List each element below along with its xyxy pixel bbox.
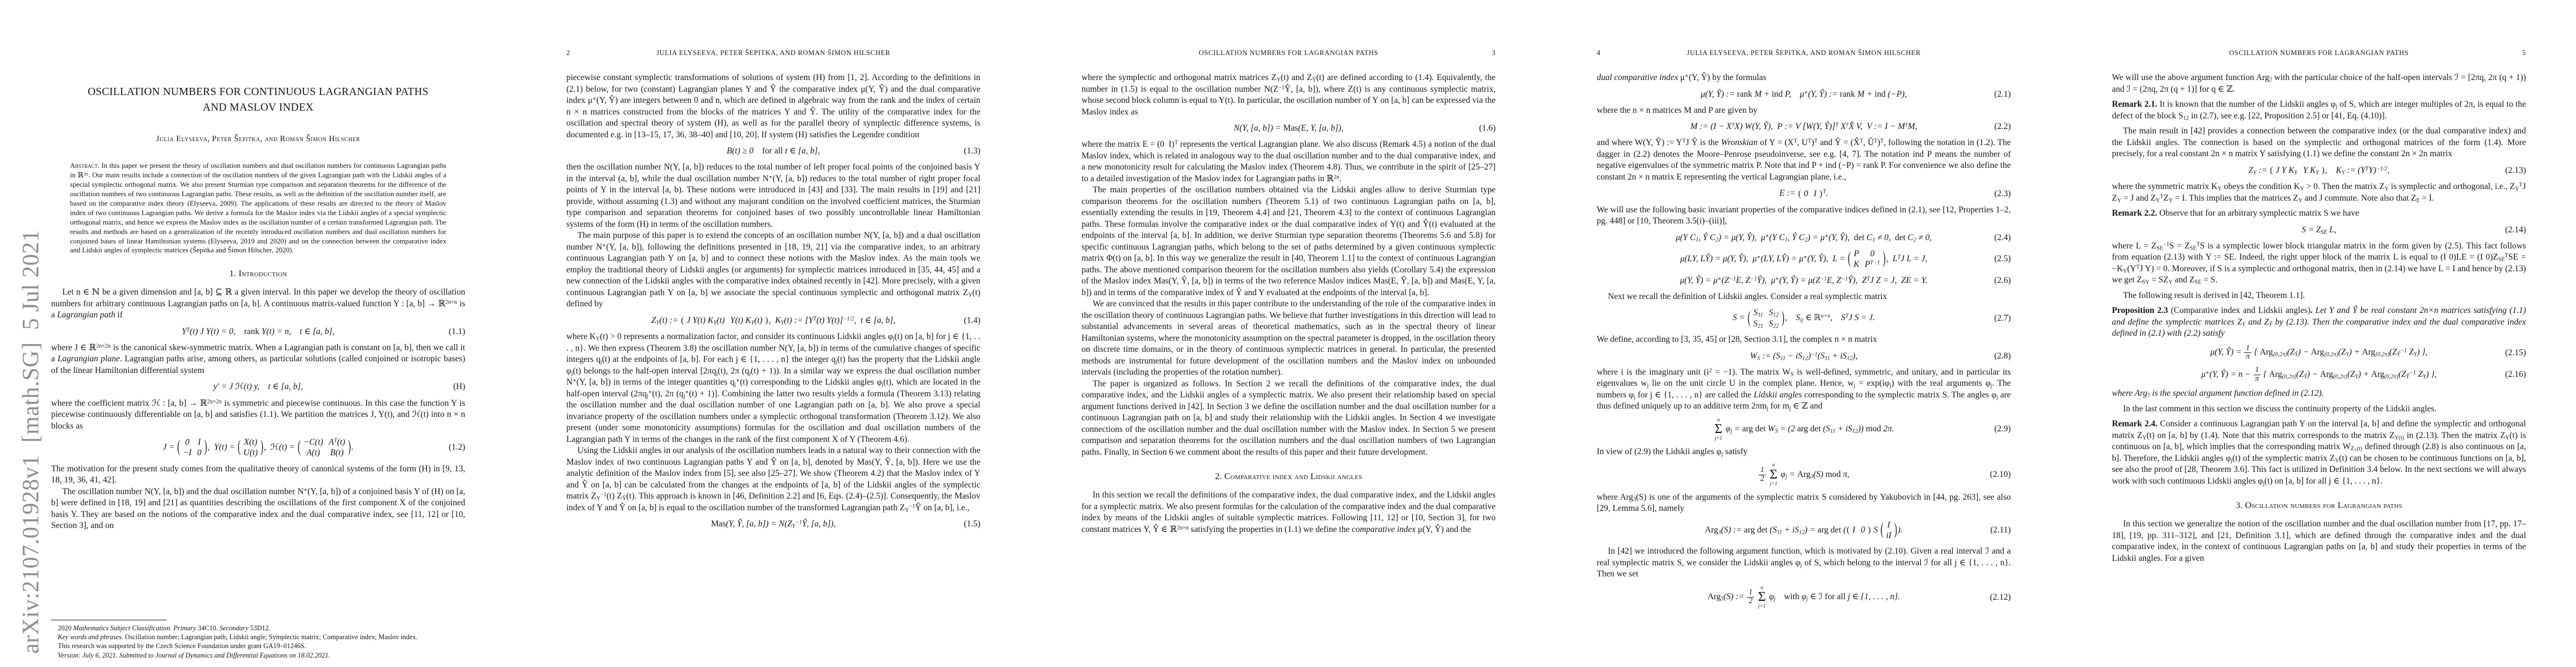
equation-number: (2.16): [2505, 369, 2526, 380]
paragraph: where i is the imaginary unit (i2 = −1).…: [1597, 367, 2011, 412]
equation-body: ZY := J Y KYY KY, KY := (YTY)−1/2,: [2249, 166, 2390, 175]
equation-number: (2.7): [1994, 313, 2011, 324]
display-equation: J = 0I−I0, Y(t) = X(t)U(t), ℋ(t) = −C(t)…: [51, 437, 465, 459]
page-1: OSCILLATION NUMBERS FOR CONTINUOUS LAGRA…: [0, 0, 515, 667]
running-head: 2JULIA ELYSEEVA, PETER ŠEPITKA, AND ROMA…: [515, 0, 1030, 57]
display-equation: S = S11S12S21S22, Sij ∈ ℝn×n, STJ S = J.…: [1597, 307, 2011, 329]
footnote-block: 2020 Mathematics Subject Classification.…: [51, 620, 465, 660]
paragraph: Remark 2.2. Observe that for an arbitrar…: [2112, 208, 2526, 220]
equation-body: J = 0I−I0, Y(t) = X(t)U(t), ℋ(t) = −C(t)…: [163, 442, 353, 452]
paragraph: piecewise constant symplectic transforma…: [566, 72, 980, 141]
authors-line: Julia Elyseeva, Peter Šepitka, and Roman…: [51, 135, 465, 144]
pages: OSCILLATION NUMBERS FOR CONTINUOUS LAGRA…: [0, 0, 2576, 667]
paragraph: We are convinced that the results in thi…: [1082, 298, 1496, 379]
paragraph: Remark 2.4. Consider a continuous Lagran…: [2112, 419, 2526, 487]
display-equation: μ(Y, Ŷ) = 1π { Arg[0,2π)(ZŶ) − Arg[0,2π)…: [2112, 345, 2526, 361]
equation-body: M := (I − X†X) W(Y, Ŷ), P := V [W(Y, Ŷ)]…: [1690, 122, 1917, 131]
equation-body: S = S11S12S21S22, Sij ∈ ℝn×n, STJ S = J.: [1733, 313, 1875, 322]
paragraph: In this section we generalize the notion…: [2112, 519, 2526, 564]
equation-body: nΣj=1 φj = arg det WS = (2 arg det (S11 …: [1713, 424, 1894, 434]
paragraph: then the oscillation number N(Y, [a, b])…: [566, 162, 980, 230]
arxiv-watermark: arXiv:2107.01928v1 [math.SG] 5 Jul 2021: [18, 230, 44, 654]
equation-body: Mas(Y, Ŷ, [a, b]) = N(ZY−1Ŷ, [a, b]),: [711, 519, 835, 529]
paragraph: where Argℐ is the special argument funct…: [2112, 388, 2526, 400]
display-equation: Arg3(S) := arg det (S11 + iS12) = arg de…: [1597, 520, 2011, 541]
footnote-line: This research was supported by the Czech…: [51, 641, 465, 650]
page-content: OSCILLATION NUMBERS FOR CONTINUOUS LAGRA…: [0, 0, 515, 532]
display-equation: B(t) ≥ 0 for all t ∈ [a, b],(1.3): [566, 146, 980, 157]
paragraph: The main result in [42] provides a conne…: [2112, 126, 2526, 160]
footnote-line: Version: July 6, 2021. Submitted to Jour…: [51, 651, 465, 660]
equation-number: (1.5): [964, 519, 980, 530]
equation-number: (2.4): [1994, 232, 2011, 243]
abstract: Abstract. In this paper we present the t…: [70, 161, 446, 255]
equation-number: (2.10): [1990, 469, 2011, 480]
paragraph: The paper is organized as follows. In Se…: [1082, 379, 1496, 459]
running-head-title: OSCILLATION NUMBERS FOR LAGRANGIAN PATHS: [1090, 49, 1487, 57]
paragraph: In view of (2.9) the Lidskii angles φj s…: [1597, 446, 2011, 458]
running-head-title: OSCILLATION NUMBERS FOR LAGRANGIAN PATHS: [2121, 49, 2517, 57]
equation-number: (2.8): [1994, 351, 2011, 362]
paper-title-line: AND MASLOV INDEX: [51, 100, 465, 116]
display-equation: Argℐ(S) := 12 nΣj=1 φj with φj ∈ ℐ for a…: [1597, 585, 2011, 609]
paragraph: where the matrix E = (0 I)T represents t…: [1082, 139, 1496, 185]
paragraph: The main purpose of this paper is to ext…: [566, 230, 980, 310]
equation-number: (1.2): [449, 442, 465, 453]
running-head-page-number-left: 4: [1597, 49, 1606, 57]
running-head: OSCILLATION NUMBERS FOR LAGRANGIAN PATHS…: [2061, 0, 2576, 57]
page-5: OSCILLATION NUMBERS FOR LAGRANGIAN PATHS…: [2061, 0, 2576, 667]
paragraph: Next we recall the definition of Lidskii…: [1597, 291, 2011, 303]
page-4: 4JULIA ELYSEEVA, PETER ŠEPITKA, AND ROMA…: [1546, 0, 2061, 667]
page-content: dual comparative index μ∗(Y, Ŷ) by the f…: [1546, 72, 2061, 609]
equation-number: (2.12): [1990, 592, 2011, 603]
display-equation: M := (I − X†X) W(Y, Ŷ), P := V [W(Y, Ŷ)]…: [1597, 121, 2011, 132]
abstract-label: Abstract.: [70, 162, 102, 170]
display-equation: 12 nΣj=1 φj = Arg3(S) mod π,(2.10): [1597, 462, 2011, 486]
footnote-line: Key words and phrases. Oscillation numbe…: [51, 633, 465, 641]
paragraph: and where W(Y, Ŷ) := YTJ Ŷ is the Wronsk…: [1597, 137, 2011, 183]
page-3: OSCILLATION NUMBERS FOR LAGRANGIAN PATHS…: [1030, 0, 1546, 667]
equation-body: WS := (S11 − iS12)−1(S11 + iS12),: [1750, 351, 1857, 361]
paragraph: where Arg3(S) is one of the arguments of…: [1597, 492, 2011, 515]
equation-number: (2.11): [1990, 525, 2011, 536]
running-head: 4JULIA ELYSEEVA, PETER ŠEPITKA, AND ROMA…: [1546, 0, 2061, 57]
display-equation: YT(t) J Y(t) = 0, rank Y(t) = n, t ∈ [a,…: [51, 326, 465, 337]
display-equation: ZY := J Y KYY KY, KY := (YTY)−1/2,(2.13): [2112, 165, 2526, 177]
display-equation: μ(Y, Ŷ) = μ∗(Z−1E, Z−1Ŷ), μ∗(Y, Ŷ) = μ(Z…: [1597, 275, 2011, 286]
display-equation: E := 0IT.(2.3): [1597, 188, 2011, 200]
section-heading: 2. Comparative index and Lidskii angles: [1082, 472, 1496, 482]
page-content: where the symplectic and orthogonal matr…: [1030, 72, 1546, 535]
equation-number: (2.6): [1994, 275, 2011, 286]
display-equation: Mas(Y, Ŷ, [a, b]) = N(ZY−1Ŷ, [a, b]),(1.…: [566, 519, 980, 530]
equation-body: B(t) ≥ 0 for all t ∈ [a, b],: [727, 146, 820, 156]
equation-number: (2.15): [2505, 347, 2526, 359]
paragraph: We will use the following basic invarian…: [1597, 205, 2011, 227]
equation-number: (H): [453, 381, 465, 392]
equation-number: (1.6): [1479, 123, 1496, 134]
footnote-rule: [51, 620, 167, 620]
paragraph: We will use the above argument function …: [2112, 72, 2526, 95]
paper-title: OSCILLATION NUMBERS FOR CONTINUOUS LAGRA…: [51, 84, 465, 115]
equation-body: Arg3(S) := arg det (S11 + iS12) = arg de…: [1705, 525, 1903, 535]
equation-body: μ∗(Y, Ŷ) = n − 1π { Arg(0,2π](ZŶ) − Arg(…: [2201, 370, 2437, 379]
paragraph: dual comparative index μ∗(Y, Ŷ) by the f…: [1597, 72, 2011, 84]
display-equation: μ(Y C1, Ŷ C2) = μ(Y, Ŷ), μ∗(Y C1, Ŷ C2) …: [1597, 232, 2011, 243]
display-equation: μ∗(Y, Ŷ) = n − 1π { Arg(0,2π](ZŶ) − Arg(…: [2112, 366, 2526, 383]
paragraph: Proposition 2.3 (Comparative index and L…: [2112, 305, 2526, 340]
equation-body: μ(Y, Ŷ) = 1π { Arg[0,2π)(ZŶ) − Arg[0,2π)…: [2210, 347, 2428, 357]
running-head: OSCILLATION NUMBERS FOR LAGRANGIAN PATHS…: [1030, 0, 1546, 57]
paragraph: where L = ZSE−1S = ZSETS is a symplectic…: [2112, 241, 2526, 286]
paragraph: In this section we recall the definition…: [1082, 490, 1496, 535]
paper-sheet: OSCILLATION NUMBERS FOR CONTINUOUS LAGRA…: [0, 0, 2576, 667]
paragraph: where the n × n matrices M and P are giv…: [1597, 105, 2011, 117]
paragraph: where the symmetric matrix KY obeys the …: [2112, 181, 2526, 204]
page-content: piecewise constant symplectic transforma…: [515, 72, 1030, 530]
paragraph: where the symplectic and orthogonal matr…: [1082, 72, 1496, 118]
equation-body: μ(Y, Ŷ) = μ∗(Z−1E, Z−1Ŷ), μ∗(Y, Ŷ) = μ(Z…: [1680, 276, 1927, 285]
equation-number: (1.3): [964, 146, 980, 157]
display-equation: nΣj=1 φj = arg det WS = (2 arg det (S11 …: [1597, 417, 2011, 441]
page-content: We will use the above argument function …: [2061, 72, 2576, 564]
equation-body: N(Y, [a, b]) = Mas(E, Y, [a, b]),: [1234, 123, 1344, 133]
equation-number: (2.13): [2505, 165, 2526, 176]
equation-body: y′ = J ℋ(t) y, t ∈ [a, b],: [213, 382, 303, 391]
equation-body: 12 nΣj=1 φj = Arg3(S) mod π,: [1758, 470, 1849, 479]
paper-title-line: OSCILLATION NUMBERS FOR CONTINUOUS LAGRA…: [51, 84, 465, 100]
display-equation: N(Y, [a, b]) = Mas(E, Y, [a, b]),(1.6): [1082, 123, 1496, 134]
footnote-line: 2020 Mathematics Subject Classification.…: [51, 624, 465, 633]
paragraph: where KY(t) > 0 represents a normalizati…: [566, 331, 980, 445]
paragraph: The main properties of the oscillation n…: [1082, 185, 1496, 298]
display-equation: μ(LY, LŶ) = μ(Y, Ŷ), μ∗(LY, LŶ) = μ∗(Y, …: [1597, 248, 2011, 270]
paragraph: where the coefficient matrix ℋ : [a, b] …: [51, 398, 465, 432]
paragraph: In the last comment in this section we d…: [2112, 404, 2526, 415]
display-equation: y′ = J ℋ(t) y, t ∈ [a, b],(H): [51, 381, 465, 392]
running-head-page-number-left: 2: [566, 49, 575, 57]
equation-body: YT(t) J Y(t) = 0, rank Y(t) = n, t ∈ [a,…: [182, 327, 335, 336]
paragraph: We define, according to [3, 35, 45] or […: [1597, 334, 2011, 346]
equation-number: (2.2): [1994, 121, 2011, 132]
equation-body: Argℐ(S) := 12 nΣj=1 φj with φj ∈ ℐ for a…: [1707, 592, 1900, 601]
equation-body: μ(Y C1, Ŷ C2) = μ(Y, Ŷ), μ∗(Y C1, Ŷ C2) …: [1676, 233, 1932, 242]
running-head-title: JULIA ELYSEEVA, PETER ŠEPITKA, AND ROMAN…: [575, 49, 971, 57]
running-head-title: JULIA ELYSEEVA, PETER ŠEPITKA, AND ROMAN…: [1606, 49, 2002, 57]
running-head-page-number-right: 5: [2517, 49, 2526, 57]
paragraph: Remark 2.1. It is known that the number …: [2112, 99, 2526, 122]
equation-number: (1.1): [449, 326, 465, 337]
equation-body: E := 0IT.: [1780, 188, 1828, 198]
section-heading: 3. Oscillation numbers for Lagrangian pa…: [2112, 501, 2526, 511]
equation-body: ZY(t) := J Y(t) KY(t)Y(t) KY(t), KY(t) :…: [651, 316, 895, 325]
paragraph: Let n ∈ ℕ be a given dimension and [a, b…: [51, 287, 465, 321]
display-equation: μ(Y, Ŷ) := rank M + ind P, μ∗(Y, Ŷ) := r…: [1597, 89, 2011, 100]
equation-number: (2.3): [1994, 188, 2011, 199]
equation-number: (2.5): [1994, 253, 2011, 265]
equation-number: (1.4): [964, 315, 980, 326]
paragraph: The following result is derived in [42, …: [2112, 290, 2526, 302]
display-equation: WS := (S11 − iS12)−1(S11 + iS12),(2.8): [1597, 351, 2011, 362]
paragraph: Using the Lidskii angles in our analysis…: [566, 445, 980, 514]
equation-body: μ(Y, Ŷ) := rank M + ind P, μ∗(Y, Ŷ) := r…: [1701, 89, 1907, 99]
equation-number: (2.14): [2505, 224, 2526, 235]
display-equation: ZY(t) := J Y(t) KY(t)Y(t) KY(t), KY(t) :…: [566, 315, 980, 327]
equation-body: μ(LY, LŶ) = μ(Y, Ŷ), μ∗(LY, LŶ) = μ∗(Y, …: [1680, 254, 1927, 263]
paragraph: The oscillation number N(Y, [a, b]) and …: [51, 486, 465, 532]
paragraph: where J ∈ ℝ2n×2n is the canonical skew-s…: [51, 342, 465, 377]
equation-number: (2.1): [1994, 88, 2011, 99]
section-heading: 1. Introduction: [51, 269, 465, 279]
page-2: 2JULIA ELYSEEVA, PETER ŠEPITKA, AND ROMA…: [515, 0, 1030, 667]
equation-body: S = ZSE L,: [2301, 225, 2336, 235]
equation-number: (2.9): [1994, 424, 2011, 435]
paragraph: In [42] we introduced the following argu…: [1597, 546, 2011, 580]
running-head-page-number-right: 3: [1487, 49, 1496, 57]
display-equation: S = ZSE L,(2.14): [2112, 225, 2526, 236]
paragraph: The motivation for the present study com…: [51, 464, 465, 486]
